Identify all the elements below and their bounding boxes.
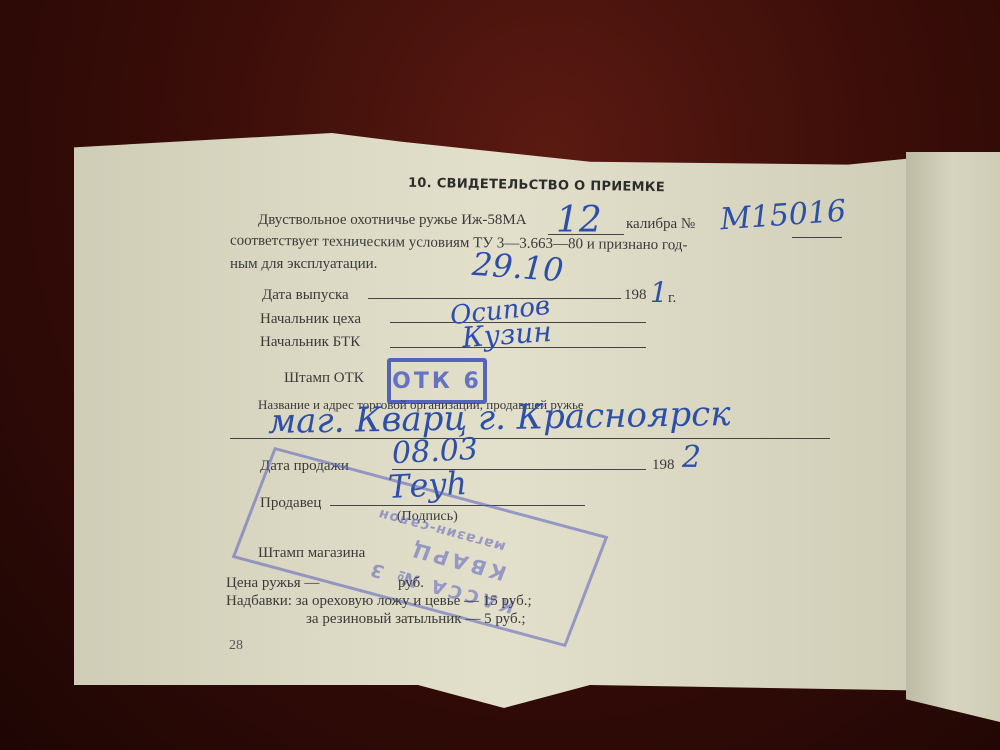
otk-stamp-label: Штамп ОТК (284, 370, 364, 387)
price-unit: руб. (398, 575, 424, 592)
release-year-prefix: 198 (624, 287, 647, 304)
intro-line-1: Двуствольное охотничье ружье Иж-58МА (258, 212, 527, 229)
gun-model-text: Двуствольное охотничье ружье Иж-58МА (258, 212, 527, 228)
caliber-label: калибра № (626, 216, 695, 233)
intro-line-3: ным для эксплуатации. (230, 256, 377, 273)
sale-year-handwritten: 2 (682, 440, 701, 475)
organization-handwritten: маг. Кварц г. Красноярск (268, 394, 731, 442)
release-date-label: Дата выпуска (262, 287, 349, 304)
btk-head-label: Начальник БТК (260, 334, 360, 351)
serial-underline (792, 237, 842, 238)
sale-year-prefix: 198 (652, 457, 675, 474)
surcharge-line-1: Надбавки: за ореховую ложу и цевье — 15 … (226, 593, 532, 610)
workshop-head-label: Начальник цеха (260, 311, 361, 328)
organization-line (230, 438, 830, 439)
release-year-g: г. (668, 290, 676, 307)
shop-stamp-label: Штамп магазина (258, 545, 365, 562)
btk-head-signature: Кузин (461, 315, 553, 354)
price-label: Цена ружья — (226, 575, 319, 592)
release-date-handwritten: 29.10 (471, 245, 565, 289)
release-year-handwritten: 1 (650, 276, 668, 309)
document-page-right (906, 152, 1000, 722)
page-number: 28 (229, 638, 243, 654)
caliber-handwritten: 12 (556, 200, 602, 241)
surcharge-line-2: за резиновый затыльник — 5 руб.; (306, 611, 526, 628)
